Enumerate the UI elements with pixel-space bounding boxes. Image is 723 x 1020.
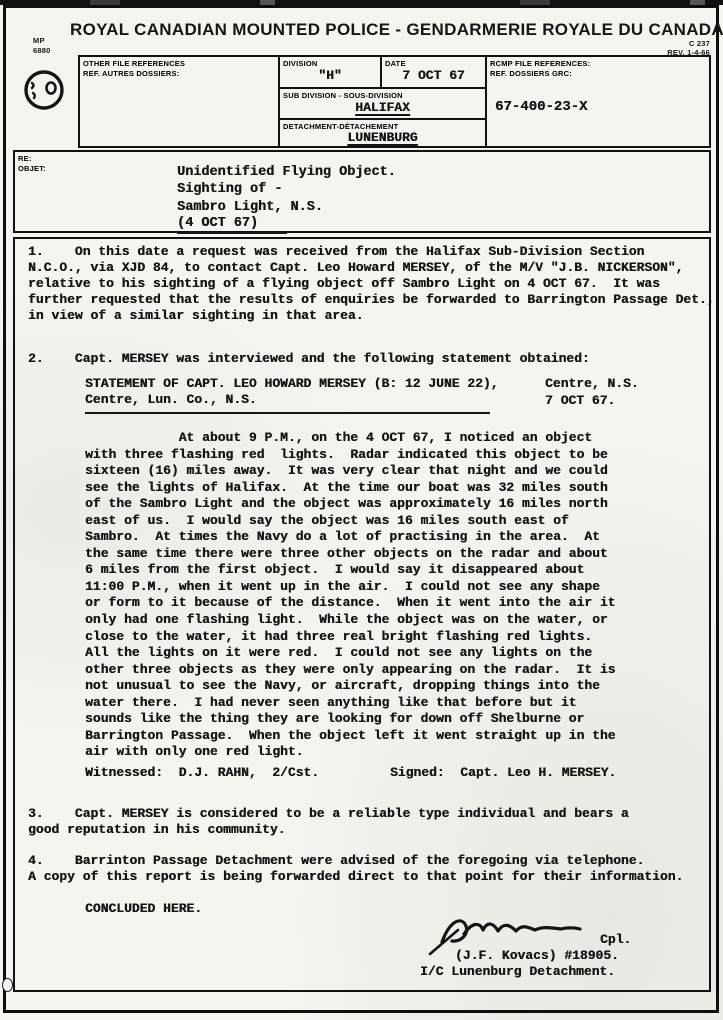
page-title: ROYAL CANADIAN MOUNTED POLICE - GENDARME… bbox=[70, 20, 670, 40]
detachment-field: DETACHMENT-DÉTACHEMENT LUNENBURG bbox=[278, 118, 487, 148]
report-paragraph-2: 2. Capt. MERSEY was interviewed and the … bbox=[28, 351, 590, 367]
rcmp-file-references-value: 67-400-23-X bbox=[495, 99, 587, 116]
signature-name: (J.F. Kovacs) #18905. bbox=[455, 948, 619, 964]
subject-date: (4 OCT 67) bbox=[177, 216, 287, 234]
report-paragraph-1: 1. On this date a request was received f… bbox=[28, 244, 715, 324]
subdivision-field: SUB DIVISION - SOUS-DIVISION HALIFAX bbox=[278, 87, 487, 120]
subject-text: Unidentified Flying Object. Sighting of … bbox=[177, 164, 396, 216]
file-stamp-code: MP 6880 bbox=[33, 36, 51, 56]
statement-place-date: Centre, N.S. 7 OCT 67. bbox=[545, 376, 639, 409]
concluded-line: CONCLUDED HERE. bbox=[85, 901, 202, 917]
rcmp-file-references-label: RCMP FILE REFERENCES: REF. DOSSIERS GRC: bbox=[490, 59, 590, 79]
signed-line: Signed: Capt. Leo H. MERSEY. bbox=[390, 765, 616, 781]
statement-body: At about 9 P.M., on the 4 OCT 67, I noti… bbox=[85, 430, 616, 761]
witnessed-line: Witnessed: D.J. RAHN, 2/Cst. bbox=[85, 765, 319, 781]
report-paragraph-4: 4. Barrinton Passage Detachment were adv… bbox=[28, 853, 683, 885]
rcmp-file-references-field: RCMP FILE REFERENCES: REF. DOSSIERS GRC:… bbox=[485, 55, 711, 148]
punch-hole-icon bbox=[2, 978, 13, 992]
division-value: "H" bbox=[280, 68, 380, 84]
scan-edge-artifact bbox=[0, 0, 723, 5]
subject-box: RE: OBJET: Unidentified Flying Object. S… bbox=[13, 150, 711, 233]
division-field: DIVISION "H" bbox=[278, 55, 382, 89]
re-objet-label: RE: OBJET: bbox=[18, 154, 46, 174]
document-page: ROYAL CANADIAN MOUNTED POLICE - GENDARME… bbox=[0, 0, 723, 1020]
detachment-value: LUNENBURG bbox=[280, 130, 485, 146]
other-file-references-label: OTHER FILE REFERENCES REF. AUTRES DOSSIE… bbox=[83, 59, 185, 79]
other-file-references-field: OTHER FILE REFERENCES REF. AUTRES DOSSIE… bbox=[78, 55, 280, 148]
statement-heading-line2: Centre, Lun. Co., N.S. bbox=[85, 392, 490, 414]
signature-rank: Cpl. bbox=[600, 932, 631, 948]
signature-title: I/C Lunenburg Detachment. bbox=[420, 964, 615, 980]
report-paragraph-3: 3. Capt. MERSEY is considered to be a re… bbox=[28, 806, 629, 838]
statement-heading-line1: STATEMENT OF CAPT. LEO HOWARD MERSEY (B:… bbox=[85, 376, 498, 393]
registry-stamp-icon bbox=[20, 66, 68, 114]
date-field: DATE 7 OCT 67 bbox=[380, 55, 487, 89]
subdivision-value: HALIFAX bbox=[280, 100, 485, 116]
date-value: 7 OCT 67 bbox=[382, 68, 485, 84]
